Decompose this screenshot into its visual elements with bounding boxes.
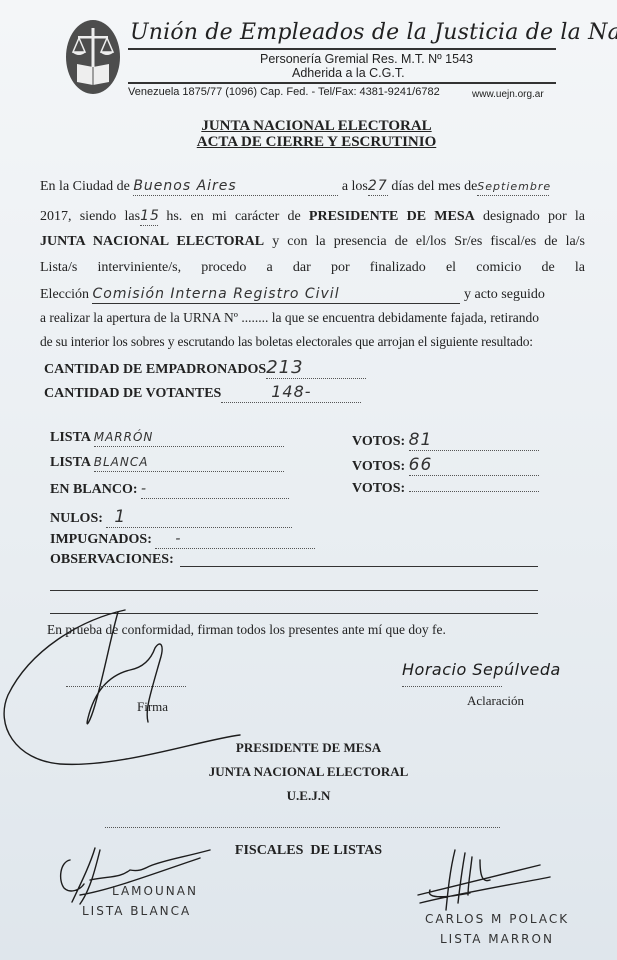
- firma-label: Firma: [137, 699, 168, 715]
- lista-marron-field[interactable]: MARRÓN: [94, 430, 284, 447]
- votos-marron-value: 81: [409, 430, 433, 450]
- document-title-1: JUNTA NACIONAL ELECTORAL: [8, 118, 617, 135]
- nulos-label: NULOS:: [50, 511, 103, 526]
- votos-label: VOTOS:: [352, 481, 405, 496]
- aclaracion-label: Aclaración: [467, 693, 524, 709]
- votos-marron-row: VOTOS: 81: [352, 430, 539, 451]
- header-divider: [128, 48, 556, 50]
- body-text: En la Ciudad de: [40, 179, 130, 194]
- en-blanco-row: EN BLANCO: -: [50, 481, 289, 499]
- empadronados-row: CANTIDAD DE EMPADRONADOS213: [44, 357, 366, 379]
- lista-blanca-value: BLANCA: [94, 455, 149, 469]
- day-field[interactable]: 27: [368, 178, 388, 196]
- empadronados-value: 213: [266, 357, 303, 378]
- month-field[interactable]: Septiembre: [477, 179, 549, 196]
- body-text: la que se encuentra debidamente fajada, …: [272, 310, 539, 325]
- document-title-2: ACTA DE CIERRE Y ESCRUTINIO: [8, 134, 617, 151]
- fiscal-signature-left: [50, 840, 230, 910]
- authority-line-1: PRESIDENTE DE MESA: [0, 740, 617, 756]
- impugnados-label: IMPUGNADOS:: [50, 532, 152, 547]
- body-text: Elección: [40, 287, 89, 302]
- body-text: a los: [342, 179, 368, 194]
- en-blanco-label: EN BLANCO:: [50, 482, 138, 497]
- document-page: Unión de Empleados de la Justicia de la …: [0, 0, 617, 960]
- votos-blanca-field[interactable]: 66: [409, 455, 539, 476]
- header-divider: [128, 82, 556, 84]
- votos-blanca-row: VOTOS: 66: [352, 455, 539, 476]
- hour-field[interactable]: 15: [140, 208, 158, 226]
- city-field[interactable]: Buenos Aires: [133, 178, 338, 196]
- observaciones-line-1[interactable]: [180, 566, 538, 567]
- body-line-4: Lista/s interviniente/s, procedo a dar p…: [40, 260, 585, 276]
- votos-en-blanco-field[interactable]: [409, 491, 539, 492]
- lista-marron-value: MARRÓN: [94, 430, 154, 444]
- impugnados-value: -: [175, 531, 181, 547]
- body-text: hs. en mi carácter de: [166, 209, 300, 224]
- body-bold-text: PRESIDENTE DE MESA: [309, 209, 475, 224]
- body-line-6: a realizar la apertura de la URNA Nº ...…: [40, 310, 585, 326]
- body-bold-text: JUNTA NACIONAL ELECTORAL: [40, 234, 264, 249]
- fiscal-left-name: LAMOUNAN: [112, 884, 198, 898]
- urna-field[interactable]: ........: [241, 310, 268, 325]
- header-line-2: Adherida a la C.G.T.: [292, 66, 405, 80]
- body-line-2: 2017, siendo las15 hs. en mi carácter de…: [40, 208, 585, 226]
- empadronados-field[interactable]: 213: [266, 357, 366, 379]
- body-text: días del mes de: [391, 179, 477, 194]
- authority-line-3: U.E.J.N: [0, 788, 617, 804]
- votos-label: VOTOS:: [352, 459, 405, 474]
- organization-name: Unión de Empleados de la Justicia de la …: [130, 20, 617, 45]
- body-text: y acto seguido: [464, 287, 545, 302]
- fiscal-right-name: CARLOS M POLACK: [425, 912, 569, 926]
- body-line-5: Elección Comisión Interna Registro Civil…: [40, 286, 585, 304]
- lista-blanca-row: LISTA BLANCA: [50, 455, 284, 472]
- body-text: designado por la: [483, 209, 585, 224]
- nulos-field[interactable]: 1: [106, 507, 292, 528]
- body-line-7: de su interior los sobres y escrutando l…: [40, 334, 585, 350]
- votos-blanca-value: 66: [409, 455, 433, 475]
- header-address: Venezuela 1875/77 (1096) Cap. Fed. - Tel…: [128, 86, 440, 98]
- fiscal-right-list: LISTA MARRON: [440, 932, 554, 946]
- body-line-3: JUNTA NACIONAL ELECTORAL y con la presen…: [40, 234, 585, 250]
- city-value: Buenos Aires: [133, 178, 236, 194]
- day-value: 27: [368, 178, 388, 194]
- observaciones-line-2[interactable]: [50, 590, 538, 591]
- fiscal-signature-right: [410, 845, 560, 915]
- votantes-label: CANTIDAD DE VOTANTES: [44, 386, 221, 401]
- impugnados-row: IMPUGNADOS: -: [50, 531, 315, 549]
- aclaracion-value: Horacio Sepúlveda: [402, 660, 561, 679]
- hour-value: 15: [140, 208, 160, 224]
- firma-line: [66, 686, 186, 687]
- lista-label: LISTA: [50, 455, 90, 470]
- header-line-1: Personería Gremial Res. M.T. Nº 1543: [260, 52, 473, 66]
- votos-label: VOTOS:: [352, 434, 405, 449]
- election-value: Comisión Interna Registro Civil: [92, 286, 339, 302]
- lista-blanca-field[interactable]: BLANCA: [94, 455, 284, 472]
- authority-line-2: JUNTA NACIONAL ELECTORAL: [0, 764, 617, 780]
- nulos-row: NULOS: 1: [50, 507, 292, 528]
- nulos-value: 1: [114, 507, 126, 527]
- observaciones-label: OBSERVACIONES:: [50, 552, 174, 568]
- votantes-value: 148-: [271, 382, 311, 401]
- impugnados-field[interactable]: -: [155, 531, 315, 549]
- body-text: y con la presencia de el/los Sr/es fisca…: [272, 234, 585, 249]
- body-text: 2017, siendo las: [40, 209, 140, 224]
- aclaracion-line: [402, 686, 502, 687]
- lista-marron-row: LISTA MARRÓN: [50, 430, 284, 447]
- body-line-1: En la Ciudad de Buenos Aires a los27 día…: [40, 178, 585, 196]
- empadronados-label: CANTIDAD DE EMPADRONADOS: [44, 362, 266, 377]
- header-website: www.uejn.org.ar: [472, 89, 544, 100]
- body-text: a realizar la apertura de la URNA Nº: [40, 310, 238, 325]
- en-blanco-field[interactable]: -: [141, 481, 289, 499]
- scales-of-justice-book-icon: [66, 20, 120, 94]
- votos-marron-field[interactable]: 81: [409, 430, 539, 451]
- votantes-field[interactable]: 148-: [221, 382, 361, 403]
- en-blanco-value: -: [141, 481, 147, 497]
- lista-label: LISTA: [50, 430, 90, 445]
- month-value: Septiembre: [477, 180, 551, 193]
- fiscal-left-list: LISTA BLANCA: [82, 904, 191, 918]
- fiscales-signature-line: [105, 827, 500, 828]
- election-field[interactable]: Comisión Interna Registro Civil: [92, 286, 460, 304]
- votantes-row: CANTIDAD DE VOTANTES148-: [44, 382, 361, 403]
- votos-en-blanco-row: VOTOS:: [352, 481, 539, 497]
